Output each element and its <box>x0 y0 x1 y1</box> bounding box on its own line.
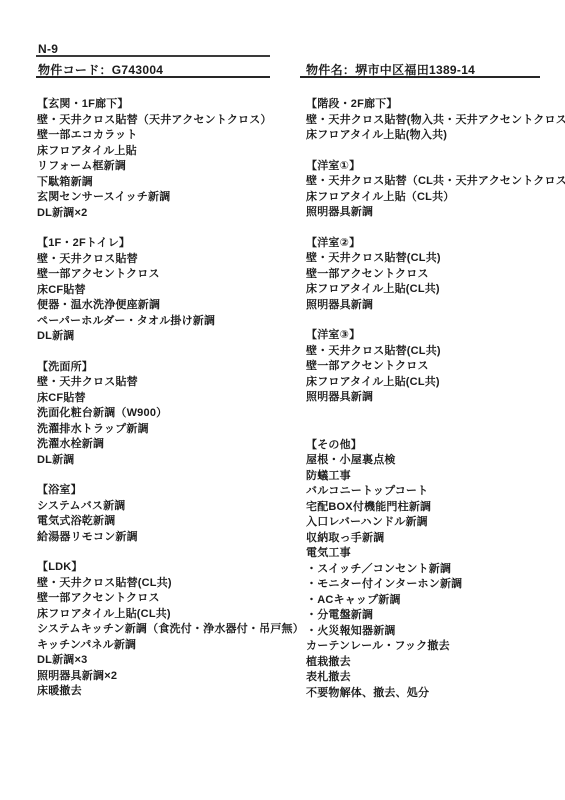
spec-section: 【洋室②】壁・天井クロス貼替(CL共)壁一部アクセントクロス床フロアタイル上貼(… <box>306 236 558 314</box>
spec-section: 【LDK】壁・天井クロス貼替(CL共)壁一部アクセントクロス床フロアタイル上貼(… <box>37 560 299 700</box>
doc-number-underline <box>36 55 270 57</box>
spec-item: 不要物解体、撤去、処分 <box>306 686 558 702</box>
spec-item: リフォーム框新調 <box>37 159 299 175</box>
spec-item: 床フロアタイル上貼(CL共) <box>37 607 299 623</box>
section-title: 【玄関・1F廊下】 <box>37 97 299 113</box>
spec-item: ・スイッチ／コンセント新調 <box>306 562 558 578</box>
spec-section: 【洋室③】壁・天井クロス貼替(CL共)壁一部アクセントクロス床フロアタイル上貼(… <box>306 328 558 406</box>
spec-item: 床CF貼替 <box>37 283 299 299</box>
property-name-underline <box>300 76 540 78</box>
spec-item: 防蟻工事 <box>306 469 558 485</box>
spec-item: 収納取っ手新調 <box>306 531 558 547</box>
section-title: 【洗面所】 <box>37 360 299 376</box>
spec-item: 床CF貼替 <box>37 391 299 407</box>
spec-item: 照明器具新調 <box>306 390 558 406</box>
spec-item: 壁一部アクセントクロス <box>306 267 558 283</box>
spec-item: 床暖撤去 <box>37 684 299 700</box>
spec-item: 照明器具新調×2 <box>37 669 299 685</box>
spec-item: 床フロアタイル上貼（CL共） <box>306 190 558 206</box>
spec-item: 壁・天井クロス貼替(CL共) <box>306 344 558 360</box>
spec-item: 床フロアタイル上貼(物入共) <box>306 128 558 144</box>
right-column: 【階段・2F廊下】壁・天井クロス貼替(物入共・天井アクセントクロス)床フロアタイ… <box>306 97 558 716</box>
spec-item: DL新調×3 <box>37 653 299 669</box>
spec-section: 【階段・2F廊下】壁・天井クロス貼替(物入共・天井アクセントクロス)床フロアタイ… <box>306 97 558 144</box>
spec-item: 便器・温水洗浄便座新調 <box>37 298 299 314</box>
spec-item: 壁・天井クロス貼替(CL共) <box>306 251 558 267</box>
spec-item: 照明器具新調 <box>306 298 558 314</box>
spec-item: DL新調 <box>37 453 299 469</box>
spec-item: システムバス新調 <box>37 499 299 515</box>
spec-item: 壁・天井クロス貼替（天井アクセントクロス） <box>37 113 299 129</box>
spec-item: ペーパーホルダー・タオル掛け新調 <box>37 314 299 330</box>
document-page: N-9 物件コード：G743004 物件名：堺市中区福田1389-14 【玄関・… <box>0 0 565 800</box>
spec-item: 給湯器リモコン新調 <box>37 530 299 546</box>
spec-item: 洗濯水栓新調 <box>37 437 299 453</box>
spec-item: 床フロアタイル上貼(CL共) <box>306 375 558 391</box>
spec-item: ・火災報知器新調 <box>306 624 558 640</box>
spec-item: 植栽撤去 <box>306 655 558 671</box>
property-code: 物件コード：G743004 <box>38 63 163 77</box>
spec-section: 【洗面所】壁・天井クロス貼替床CF貼替洗面化粧台新調（W900）洗濯排水トラップ… <box>37 360 299 469</box>
spec-section: 【1F・2Fトイレ】壁・天井クロス貼替壁一部アクセントクロス床CF貼替便器・温水… <box>37 236 299 345</box>
spec-item: キッチンパネル新調 <box>37 638 299 654</box>
spec-item: 表札撤去 <box>306 670 558 686</box>
spec-item: カーテンレール・フック撤去 <box>306 639 558 655</box>
section-title: 【洋室③】 <box>306 328 558 344</box>
spec-item: 壁・天井クロス貼替(物入共・天井アクセントクロス) <box>306 113 558 129</box>
spec-item: システムキッチン新調（食洗付・浄水器付・吊戸無） <box>37 622 299 638</box>
spec-item: 床フロアタイル上貼(CL共) <box>306 282 558 298</box>
spec-item: ・分電盤新調 <box>306 608 558 624</box>
property-code-underline <box>36 76 270 78</box>
spec-item: 屋根・小屋裏点検 <box>306 453 558 469</box>
spec-item: ・モニター付インターホン新調 <box>306 577 558 593</box>
spec-item: 壁一部アクセントクロス <box>37 267 299 283</box>
spec-item: 壁・天井クロス貼替（CL共・天井アクセントクロス） <box>306 174 558 190</box>
section-title: 【その他】 <box>306 438 558 454</box>
section-title: 【洋室①】 <box>306 159 558 175</box>
spec-item: 玄関センサースイッチ新調 <box>37 190 299 206</box>
spec-item: 壁一部エコカラット <box>37 128 299 144</box>
spec-item: 宅配BOX付機能門柱新調 <box>306 500 558 516</box>
spec-item: DL新調 <box>37 329 299 345</box>
spec-item: 床フロアタイル上貼 <box>37 144 299 160</box>
spec-item: 電気式浴乾新調 <box>37 514 299 530</box>
spec-item: ・ACキャップ新調 <box>306 593 558 609</box>
left-column: 【玄関・1F廊下】壁・天井クロス貼替（天井アクセントクロス）壁一部エコカラット床… <box>37 97 299 715</box>
section-title: 【洋室②】 <box>306 236 558 252</box>
section-title: 【1F・2Fトイレ】 <box>37 236 299 252</box>
spec-item: 電気工事 <box>306 546 558 562</box>
spec-item: 照明器具新調 <box>306 205 558 221</box>
spec-item: 壁・天井クロス貼替 <box>37 375 299 391</box>
spec-item: DL新調×2 <box>37 206 299 222</box>
spec-section: 【洋室①】壁・天井クロス貼替（CL共・天井アクセントクロス）床フロアタイル上貼（… <box>306 159 558 221</box>
section-title: 【階段・2F廊下】 <box>306 97 558 113</box>
spec-section: 【その他】屋根・小屋裏点検防蟻工事バルコニートップコート宅配BOX付機能門柱新調… <box>306 438 558 702</box>
spec-item: 壁一部アクセントクロス <box>37 591 299 607</box>
spec-item: 下駄箱新調 <box>37 175 299 191</box>
doc-number: N-9 <box>38 42 58 56</box>
spec-item: 洗面化粧台新調（W900） <box>37 406 299 422</box>
property-name: 物件名：堺市中区福田1389-14 <box>306 63 475 77</box>
spec-item: 入口レバーハンドル新調 <box>306 515 558 531</box>
section-title: 【LDK】 <box>37 560 299 576</box>
spec-item: 洗濯排水トラップ新調 <box>37 422 299 438</box>
spec-section: 【浴室】システムバス新調電気式浴乾新調給湯器リモコン新調 <box>37 483 299 545</box>
spec-section: 【玄関・1F廊下】壁・天井クロス貼替（天井アクセントクロス）壁一部エコカラット床… <box>37 97 299 221</box>
section-title: 【浴室】 <box>37 483 299 499</box>
spec-item: 壁・天井クロス貼替 <box>37 252 299 268</box>
spec-item: 壁・天井クロス貼替(CL共) <box>37 576 299 592</box>
spec-item: バルコニートップコート <box>306 484 558 500</box>
spec-item: 壁一部アクセントクロス <box>306 359 558 375</box>
